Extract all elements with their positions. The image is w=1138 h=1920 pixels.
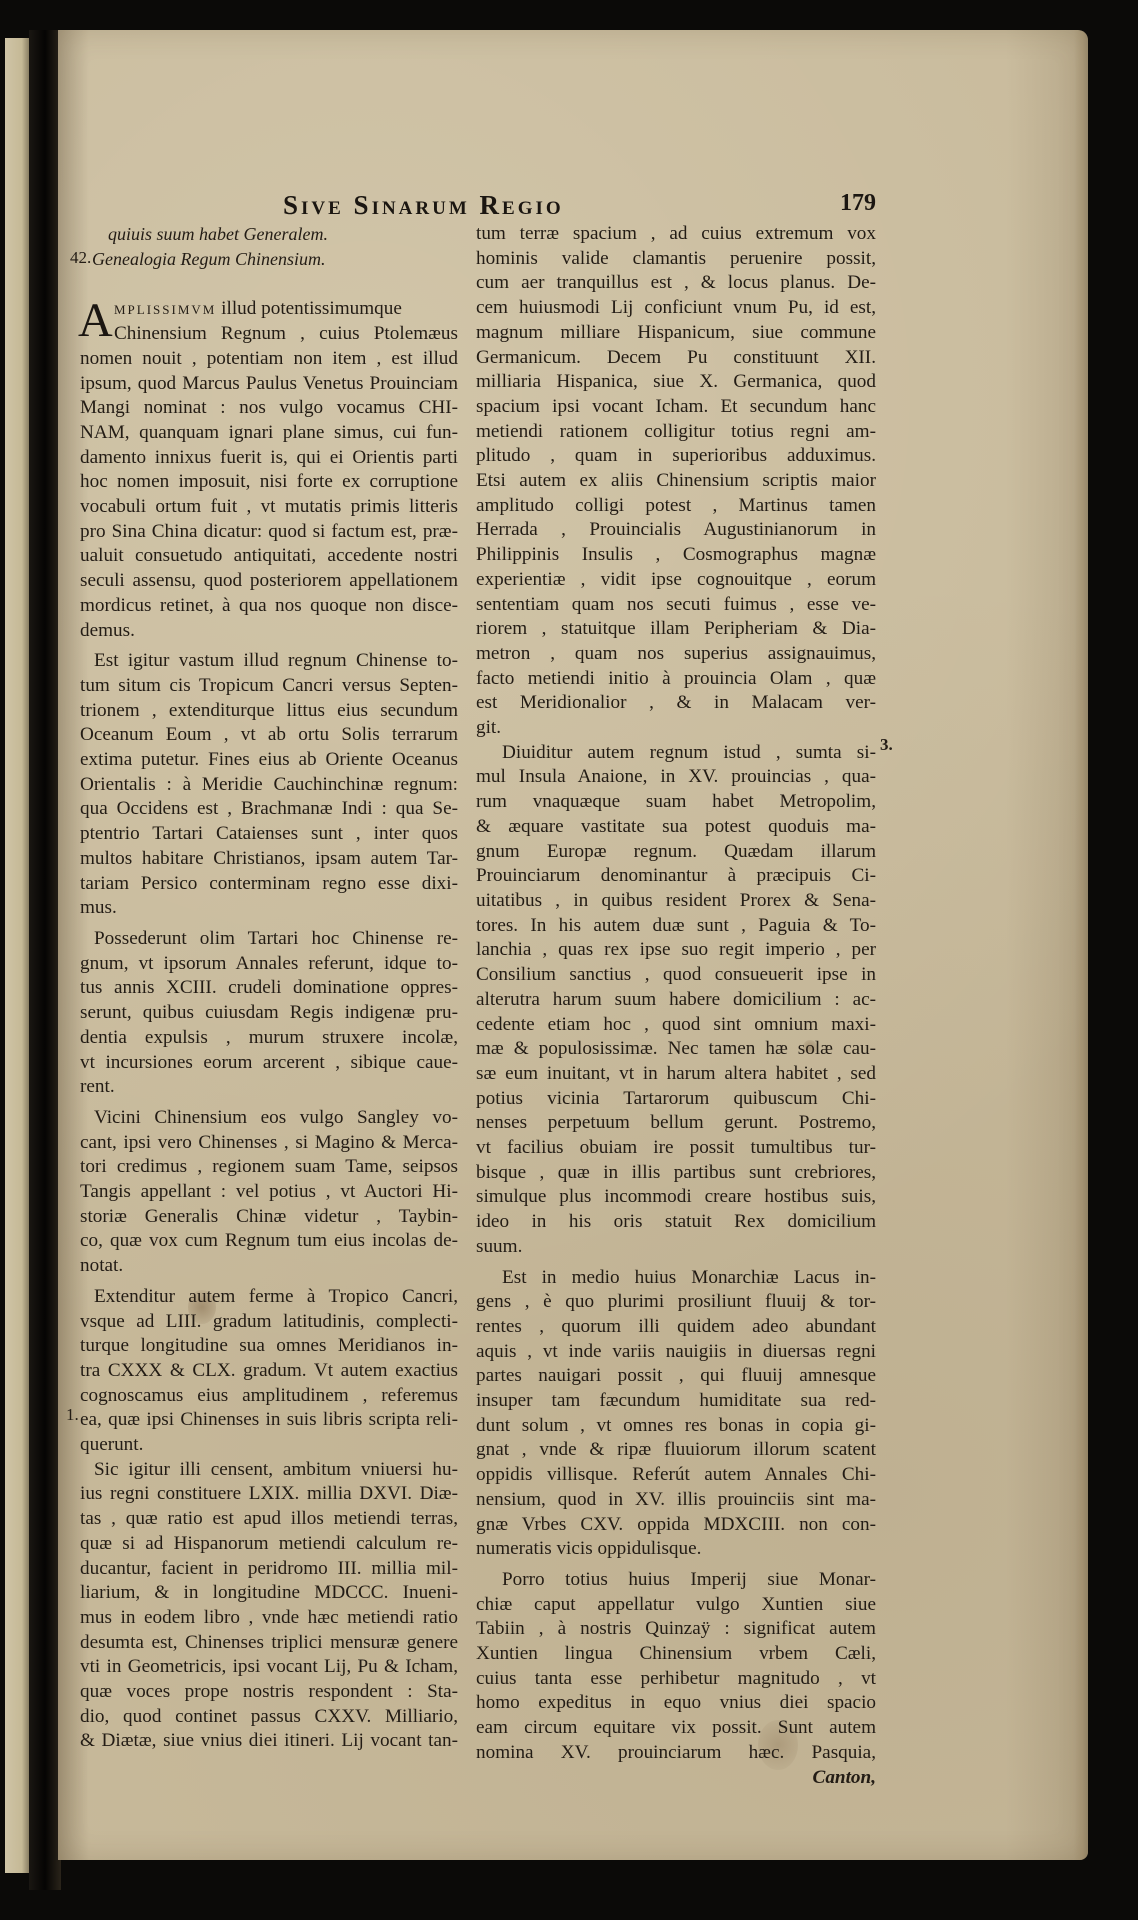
book-spine-gutter (29, 30, 61, 1890)
text-line: vt incursiones eorum arcerent , sibique … (80, 1051, 458, 1076)
text-line: tum situm cis Tropicum Cancri versus Sep… (80, 674, 458, 699)
margin-number: 1. (66, 1405, 79, 1425)
text-line: simulque plus incommodi creare hostibus … (476, 1185, 876, 1210)
text-line: Est in medio huius Monarchiæ Lacus in- (476, 1266, 876, 1291)
text-line: cognoscamus eius amplitudinem , referemu… (80, 1384, 458, 1409)
catchword: Canton, (476, 1766, 876, 1791)
text-line: Vicini Chinensium eos vulgo Sangley vo- (80, 1106, 458, 1131)
text-line: Oceanum Eoum , vt ab ortu Solis terrarum (80, 723, 458, 748)
text-line: vocabuli ortum fuit , vt mutatis primis … (80, 495, 458, 520)
text-line: metiendi rationem colligitur totius regn… (476, 420, 876, 445)
text-line: tariam Persico conterminam regno esse di… (80, 872, 458, 897)
paragraph-6: Sic igitur illi censent, ambitum vniuers… (80, 1458, 458, 1754)
text-line: turque longitudine sua omnes Meridianos … (80, 1334, 458, 1359)
text-line: mæ & populosissimæ. Nec tamen hæ solæ ca… (476, 1037, 876, 1062)
text-line: gnum Europæ regnum. Quædam illarum (476, 840, 876, 865)
text-line: plitudo , quam in superioribus adduximus… (476, 444, 876, 469)
text-line: ipsum, quod Marcus Paulus Venetus Prouin… (80, 372, 458, 397)
paragraph-4: Vicini Chinensium eos vulgo Sangley vo- … (80, 1106, 458, 1279)
text-line: tores. In his autem duæ sunt , Paguia & … (476, 914, 876, 939)
paragraph-2: Est igitur vastum illud regnum Chinense … (80, 649, 458, 921)
text-line: co, quæ vox cum Regnum tum eius incolas … (80, 1229, 458, 1254)
text-line: hominis valide clamantis peruenire possi… (476, 247, 876, 272)
text-line: Extenditur autem ferme à Tropico Cancri, (80, 1285, 458, 1310)
text-line: sententiam quam nos secuti fuimus , esse… (476, 593, 876, 618)
text-line: extima putetur. Fines eius ab Oriente Oc… (80, 748, 458, 773)
text-line: Possederunt olim Tartari hoc Chinense re… (80, 927, 458, 952)
text-line: mus. (80, 896, 458, 921)
text-line: quæ si ad Hispanorum metiendi calculum r… (80, 1532, 458, 1557)
text-line: nomen nouit , potentiam non item , est i… (80, 347, 458, 372)
text-line: chiæ caput appellatur vulgo Xuntien siue (476, 1593, 876, 1618)
text-line: tas , quæ ratio est apud illos metiendi … (80, 1507, 458, 1532)
text-line: seculi assensu, quod posteriorem appella… (80, 569, 458, 594)
text-line: potius vicinia Tartarorum quibuscum Chi- (476, 1087, 876, 1112)
text-line: Orientalis : à Meridie Cauchinchinæ regn… (80, 773, 458, 798)
paragraph-r4: Porro totius huius Imperij siue Monar- c… (476, 1568, 876, 1766)
paragraph-3: Possederunt olim Tartari hoc Chinense re… (80, 927, 458, 1100)
text-line: & Diætæ, siue vnius diei itineri. Lij vo… (80, 1729, 458, 1754)
text-line: nenses perpetuum bellum gerunt. Postremo… (476, 1111, 876, 1136)
text-line: eam circum equitare vix possit. Sunt aut… (476, 1716, 876, 1741)
text-line: Consilium sanctius , quod consueuerit ip… (476, 963, 876, 988)
page-number: 179 (840, 190, 876, 217)
text-line: Herrada , Prouincialis Augustinianorum i… (476, 518, 876, 543)
previous-page-edge (5, 38, 29, 1873)
text-line: Tabiin , à nostris Quinzaÿ : significat … (476, 1617, 876, 1642)
right-column: tum terræ spacium , ad cuius extremum vo… (476, 222, 876, 1790)
text-line: cedente etiam hoc , quod sint omnium max… (476, 1013, 876, 1038)
text-line: dunt solum , vt omnes res bonas in copia… (476, 1414, 876, 1439)
text-line: insuper tam fæcundum humiditate sua red- (476, 1389, 876, 1414)
text-line: Est igitur vastum illud regnum Chinense … (80, 649, 458, 674)
text-line: querunt. (80, 1433, 458, 1458)
text-line: facto metiendi initio à prouincia Olam ,… (476, 667, 876, 692)
text-span: illud potentissimumque (221, 298, 402, 319)
text-line: numeratis vicis oppidulisque. (476, 1537, 876, 1562)
text-line: vsque ad LIII. gradum latitudinis, compl… (80, 1310, 458, 1335)
text-line: gnat , vnde & ripæ fluuiorum illorum sca… (476, 1438, 876, 1463)
text-line: ducantur, facient in peridromo III. mill… (80, 1557, 458, 1582)
text-line: riorem , statuitque illam Peripheriam & … (476, 617, 876, 642)
text-line: spacium ipsi vocant Icham. Et secundum h… (476, 395, 876, 420)
paragraph-r1: tum terræ spacium , ad cuius extremum vo… (476, 222, 876, 741)
text-line: ea, quæ ipsi Chinenses in suis libris sc… (80, 1408, 458, 1433)
text-line: rent. (80, 1075, 458, 1100)
text-line: tori credimus , regionem suam Tame, seip… (80, 1155, 458, 1180)
text-line: magnum milliare Hispanicum, siue commune (476, 321, 876, 346)
text-line: NAM, quanquam ignari plane simus, cui fu… (80, 421, 458, 446)
text-line: demus. (80, 619, 458, 644)
text-line: Mangi nominat : nos vulgo vocamus CHI- (80, 396, 458, 421)
text-line: storiæ Generalis Chinæ videtur , Taybin- (80, 1205, 458, 1230)
text-line: uitatibus , in quibus resident Prorex & … (476, 889, 876, 914)
text-line: Tangis appellant : vel potius , vt Aucto… (80, 1180, 458, 1205)
text-line: cem huiusmodi Lij conficiunt vnum Pu, id… (476, 296, 876, 321)
text-line: tra CXXX & CLX. gradum. Vt autem exactiu… (80, 1359, 458, 1384)
text-line: mordicus retinet, à qua nos quoque non d… (80, 594, 458, 619)
text-line: cum aer tranquillus est , & locus planus… (476, 271, 876, 296)
text-line: Etsi autem ex aliis Chinensium scriptis … (476, 469, 876, 494)
text-line: Diuiditur autem regnum istud , sumta si- (476, 741, 876, 766)
first-word: mplissimvm (114, 298, 216, 319)
text-line: gens , è quo plurimi prosiliunt fluuij &… (476, 1290, 876, 1315)
text-line: tus annis XCIII. crudeli dominatione opp… (80, 976, 458, 1001)
text-line: est Meridionalior , & in Malacam ver- (476, 691, 876, 716)
text-line: qua Occidens est , Brachmanæ Indi : qua … (80, 797, 458, 822)
text-line: Prouinciarum denominantur à præcipuis Ci… (476, 864, 876, 889)
text-line: bisque , quæ in illis partibus sunt creb… (476, 1161, 876, 1186)
text-line: damento innixus fuerit is, qui ei Orient… (80, 446, 458, 471)
text-line: alterutra harum suum habere domicilium :… (476, 988, 876, 1013)
text-line: tum terræ spacium , ad cuius extremum vo… (476, 222, 876, 247)
text-line: partes nauigari possit , qui fluuij amne… (476, 1364, 876, 1389)
text-line: cant, ipsi vero Chinenses , si Magino & … (80, 1131, 458, 1156)
text-line: nomina XV. prouinciarum hæc. Pasquia, (476, 1741, 876, 1766)
paragraph-1: A mplissimvm illud potentissimumque Chin… (80, 297, 458, 643)
text-line: sæ eum inuitant, vt in harum altera habi… (476, 1062, 876, 1087)
text-line: lanchia , quas rex ipse suo regit imperi… (476, 938, 876, 963)
text-line: desumta est, Chinenses triplici mensuræ … (80, 1631, 458, 1656)
text-line: mul Insula Anaione, in XV. prouincias , … (476, 765, 876, 790)
text-line: experientiæ , vidit ipse cognouitque , e… (476, 568, 876, 593)
margin-number: 3. (880, 735, 893, 755)
text-line: hoc nomen imposuit, nisi forte ex corrup… (80, 470, 458, 495)
text-line: Sic igitur illi censent, ambitum vniuers… (80, 1458, 458, 1483)
text-line: aquis , vt inde variis nauigiis in diuer… (476, 1340, 876, 1365)
text-line: Philippinis Insulis , Cosmographus magnæ (476, 543, 876, 568)
text-line: notat. (80, 1254, 458, 1279)
text-line: serunt, quibus cuiusdam Regis indigenæ p… (80, 1001, 458, 1026)
text-line: & æquare vastitate sua potest quoduis ma… (476, 815, 876, 840)
text-line: nensium, quod in XV. illis prouinciis si… (476, 1488, 876, 1513)
text-line: dentia expulsis , murum struxere incolæ, (80, 1026, 458, 1051)
text-line: amplitudo colligi potest , Martinus tame… (476, 494, 876, 519)
text-line: metron , quam nos superius assignauimus, (476, 642, 876, 667)
text-line: git. (476, 716, 876, 741)
text-line: suum. (476, 1235, 876, 1260)
text-line: pro Sina China dicatur: quod si factum e… (80, 520, 458, 545)
text-line: rentes , quorum illi quidem adeo abundan… (476, 1315, 876, 1340)
text-line: ius regni constituere LXIX. millia DXVI.… (80, 1482, 458, 1507)
text-line: dio, quod continet passus CXXV. Milliari… (80, 1705, 458, 1730)
text-line: ideo in his oris statuit Rex domicilium (476, 1210, 876, 1235)
text-line: vti in Geometricis, ipsi vocant Lij, Pu … (80, 1655, 458, 1680)
text-line: mplissimvm illud potentissimumque (80, 297, 458, 322)
text-line: quæ voces prope nostris respondent : Sta… (80, 1680, 458, 1705)
text-line: gnum, vt ipsorum Annales referunt, idque… (80, 952, 458, 977)
text-line: Chinensium Regnum , cuius Ptolemæus (80, 322, 458, 347)
text-line: multos habitare Christianos, ipsam autem… (80, 847, 458, 872)
text-line: rum vnaquæque suam habet Metropolim, (476, 790, 876, 815)
text-line: ualuit consuetudo antiquitati, accedente… (80, 544, 458, 569)
paragraph-5: Extenditur autem ferme à Tropico Cancri,… (80, 1285, 458, 1458)
left-column: quiuis suum habet Generalem. Genealogia … (80, 222, 458, 1754)
text-line: ptentrio Tartari Cataienses sunt , inter… (80, 822, 458, 847)
text-line: vt facilius obuiam ire possit tumultibus… (476, 1136, 876, 1161)
section-heading: Genealogia Regum Chinensium. (80, 247, 458, 272)
page-fore-edge (1074, 30, 1088, 1860)
text-line: Germanicum. Decem Pu constituunt XII. (476, 346, 876, 371)
text-line: gnæ Vrbes CXV. oppida MDXCIII. non con- (476, 1513, 876, 1538)
text-line: mus in eodem libro , vnde hæc metiendi r… (80, 1606, 458, 1631)
text-line: trionem , extenditurque littus eius secu… (80, 699, 458, 724)
text-line: oppidis villisque. Referút autem Annales… (476, 1463, 876, 1488)
running-title: Sive Sinarum Regio (283, 190, 564, 221)
drop-cap: A (78, 299, 113, 343)
text-line: cuius tanta esse perhibetur magnitudo , … (476, 1667, 876, 1692)
text-line: homo expeditus in equo vnius diei spacio (476, 1691, 876, 1716)
text-line: Xuntien lingua Chinensium vrbem Cæli, (476, 1642, 876, 1667)
text-line: liarium, & in longitudine MDCCC. Inueni- (80, 1581, 458, 1606)
text-line: milliaria Hispanica, siue X. Germanica, … (476, 370, 876, 395)
paragraph-r2: Diuiditur autem regnum istud , sumta si-… (476, 741, 876, 1260)
paragraph-r3: Est in medio huius Monarchiæ Lacus in- g… (476, 1266, 876, 1562)
book-page: Sive Sinarum Regio 179 42. 1. 3. quiuis … (58, 30, 1088, 1860)
text-line: Porro totius huius Imperij siue Monar- (476, 1568, 876, 1593)
running-head: Sive Sinarum Regio 179 (58, 190, 1088, 220)
heading-line: quiuis suum habet Generalem. (80, 222, 458, 247)
